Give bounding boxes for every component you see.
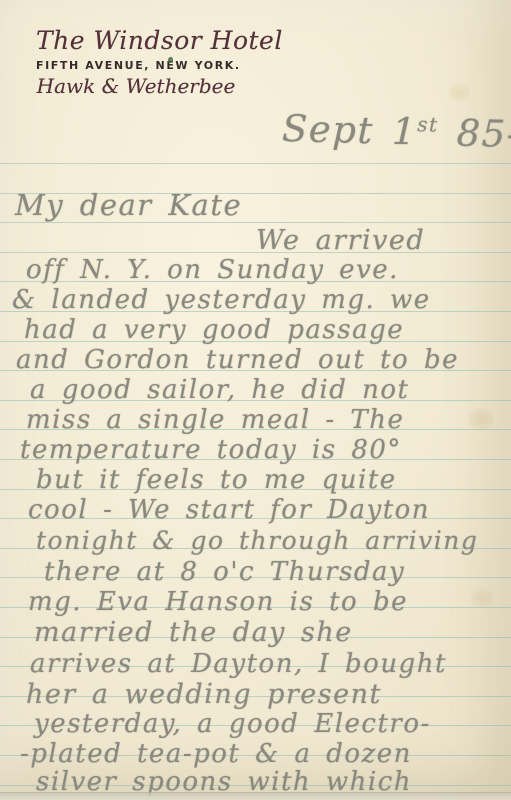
handwriting-line: & landed yesterday mg. we <box>12 286 431 315</box>
letter-page: The Windsor Hotel FIFTH AVENUE, NEW YORK… <box>0 0 511 800</box>
handwriting-line: her a wedding present <box>26 680 382 710</box>
handwriting-line: -plated tea-pot & a dozen <box>20 740 412 769</box>
ruled-line <box>0 163 511 164</box>
handwriting-line: temperature today is 80° <box>20 436 402 465</box>
hotel-name: The Windsor Hotel <box>36 26 236 56</box>
handwriting-line: yesterday, a good Electro- <box>34 710 431 739</box>
ruled-line <box>0 222 511 223</box>
handwriting-line: there at 8 o'c Thursday <box>44 558 405 587</box>
handwriting-line: arrives at Dayton, I bought <box>30 650 447 679</box>
paper-stain <box>470 588 494 608</box>
date-line: Sept 1st 85- <box>281 107 511 156</box>
handwriting-line: miss a single meal - The <box>26 406 404 435</box>
handwriting-line: had a very good passage <box>24 316 404 345</box>
paper-stain <box>448 84 470 102</box>
handwriting-line: mg. Eva Hanson is to be <box>28 588 408 617</box>
handwriting-line: off N. Y. on Sunday eve. <box>26 256 399 285</box>
handwriting-line: We arrived <box>256 226 425 256</box>
handwriting-line: but it feels to me quite <box>36 466 397 495</box>
paper-bottom-edge <box>0 792 511 800</box>
date-prefix: Sept 1 <box>281 107 417 154</box>
hotel-proprietors: Hawk & Wetherbee <box>36 74 236 98</box>
hotel-address: FIFTH AVENUE, NEW YORK. <box>36 59 236 72</box>
handwriting-line: tonight & go through arriving <box>36 527 478 555</box>
paper-stain <box>468 408 494 430</box>
handwriting-line: married the day she <box>34 618 353 648</box>
date-ordinal: st <box>417 112 439 137</box>
handwriting-line: and Gordon turned out to be <box>16 346 459 375</box>
handwriting-line: a good sailor, he did not <box>30 376 409 405</box>
date-year: 85- <box>438 111 511 156</box>
letterhead: The Windsor Hotel FIFTH AVENUE, NEW YORK… <box>36 26 236 98</box>
handwriting-line: cool - We start for Dayton <box>28 496 430 525</box>
handwriting-line: My dear Kate <box>15 190 242 222</box>
